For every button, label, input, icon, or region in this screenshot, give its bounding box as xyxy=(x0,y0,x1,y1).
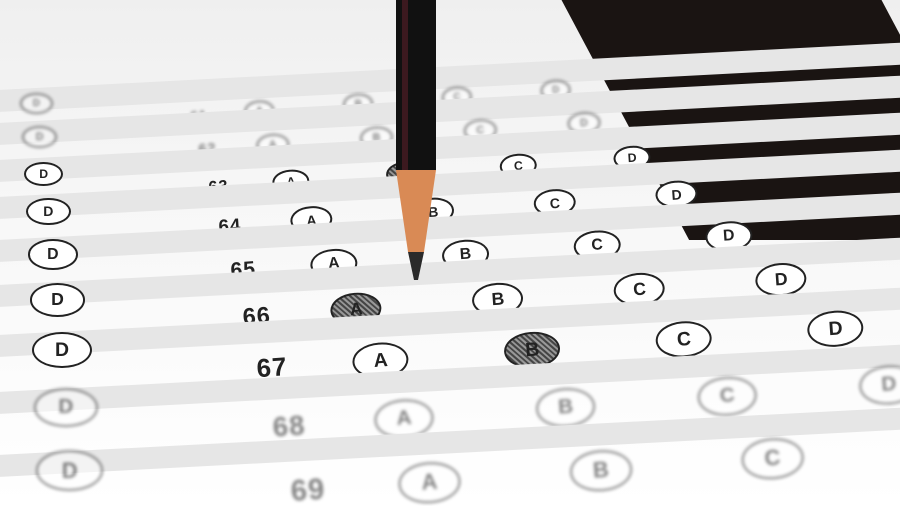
question-number: 69 xyxy=(290,468,390,506)
answer-sheet-photo: 61ABCDD62ABCDD63ABCDD64ABCDD65ABCDD66ABC… xyxy=(0,0,900,506)
left-column-bubble-d[interactable]: D xyxy=(20,93,53,114)
left-column-bubble-d[interactable]: D xyxy=(24,162,63,186)
left-column-bubble-d[interactable]: D xyxy=(30,283,85,316)
answer-bubble-d[interactable]: D xyxy=(858,363,900,406)
pencil-icon xyxy=(380,0,450,290)
answer-bubble-c[interactable]: C xyxy=(696,375,758,418)
answer-bubble-c[interactable]: C xyxy=(740,436,805,481)
answer-bubble-a[interactable]: A xyxy=(397,460,462,505)
left-column-bubble-d[interactable]: D xyxy=(36,450,103,491)
left-column-bubble-d[interactable]: D xyxy=(34,388,98,427)
answer-bubble-c[interactable]: C xyxy=(655,319,713,359)
answer-bubble-b[interactable]: B xyxy=(568,448,633,493)
answer-sheet: 61ABCDD62ABCDD63ABCDD64ABCDD65ABCDD66ABC… xyxy=(0,0,900,506)
answer-bubble-d[interactable]: D xyxy=(806,309,864,349)
left-column-bubble-d[interactable]: D xyxy=(26,198,71,225)
left-column-bubble-d[interactable]: D xyxy=(22,126,57,148)
left-column-bubble-d[interactable]: D xyxy=(28,239,78,269)
left-column-bubble-d[interactable]: D xyxy=(32,332,92,368)
answer-bubble-b[interactable]: B xyxy=(535,386,597,429)
